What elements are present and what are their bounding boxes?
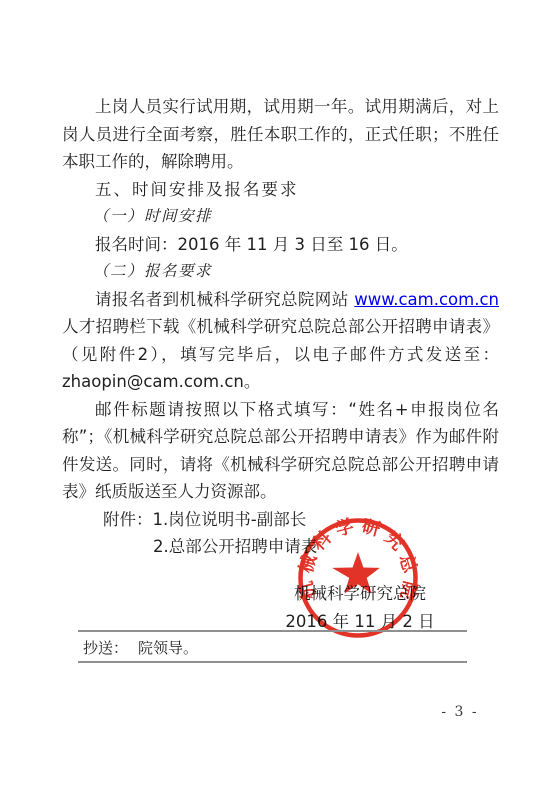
attachments-label: 附件：: [103, 510, 153, 529]
document-body: 上岗人员实行试用期，试用期一年。试用期满后，对上岗人员进行全面考察，胜任本职工作…: [62, 93, 499, 561]
signature-organization: 机械科学研究总院: [277, 580, 443, 608]
attachment-item-1: 附件：1.岗位说明书-副部长: [103, 506, 499, 534]
footer-divider-bottom: [78, 661, 467, 663]
cc-line: 抄送：院领导。: [83, 637, 198, 659]
subsection-1-label: （一）时间安排: [62, 203, 499, 231]
paragraph-apply-after-link: 人才招聘栏下载《机械科学研究总院总部公开招聘申请表》（见附件2），填写完毕后，以…: [62, 317, 499, 391]
website-link[interactable]: www.cam.com.cn: [354, 290, 499, 309]
paragraph-apply: 请报名者到机械科学研究总院网站 www.cam.com.cn 人才招聘栏下载《机…: [62, 286, 499, 396]
cc-value: 院领导。: [138, 639, 198, 657]
subsection-2-label: （二）报名要求: [62, 258, 499, 286]
paragraph-email-format: 邮件标题请按照以下格式填写：“姓名+申报岗位名称”；《机械科学研究总院总部公开招…: [62, 396, 499, 506]
document-page: 上岗人员实行试用期，试用期一年。试用期满后，对上岗人员进行全面考察，胜任本职工作…: [0, 0, 558, 786]
registration-time-line: 报名时间：2016 年 11 月 3 日至 16 日。: [62, 231, 499, 259]
cc-label: 抄送：: [83, 639, 128, 657]
page-number: - 3 -: [430, 704, 490, 720]
section-heading-5: 五、时间安排及报名要求: [62, 176, 499, 204]
paragraph-probation: 上岗人员实行试用期，试用期一年。试用期满后，对上岗人员进行全面考察，胜任本职工作…: [62, 93, 499, 176]
footer-divider-top: [78, 630, 467, 632]
signature-block: 机械科学研究总院 2016 年 11 月 2 日: [277, 580, 443, 635]
attachments-block: 附件：1.岗位说明书-副部长 2.总部公开招聘申请表: [62, 506, 499, 561]
attachment-item-1-text: 1.岗位说明书-副部长: [153, 510, 307, 529]
attachment-item-2: 2.总部公开招聘申请表: [153, 533, 499, 561]
paragraph-apply-before-link: 请报名者到机械科学研究总院网站: [95, 290, 354, 309]
